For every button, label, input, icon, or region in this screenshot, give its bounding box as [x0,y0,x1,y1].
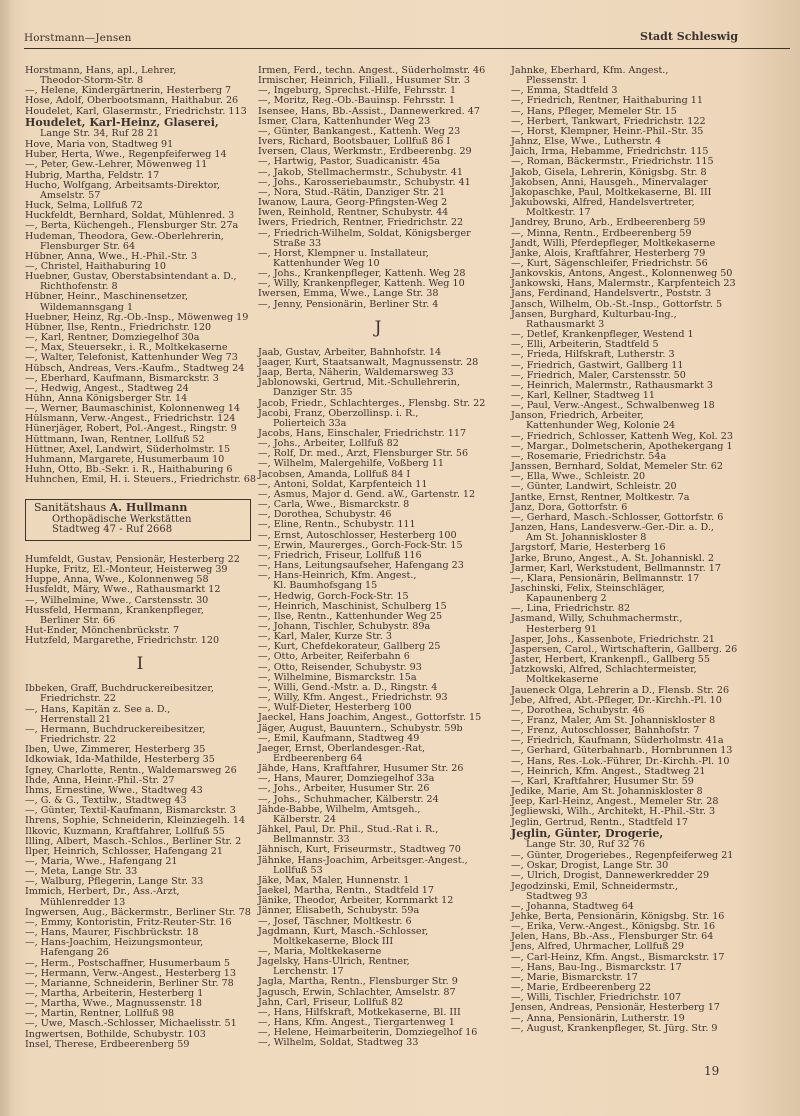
directory-entry: Jagdmann, Kurt, Masch.-Schlosser,Moltkek… [258,927,498,947]
directory-entry: Jacobi, Franz, Oberzollinsp. i. R.,Polie… [258,409,498,429]
directory-entry: Houdelet, Karl-Heinz, Glaserei,Lange Str… [25,118,255,139]
directory-entry: —, Friedrich-Wilhelm, Soldat, Königsberg… [258,229,498,249]
entry-text: Jeglin, Günter, Drogerie, [511,827,663,840]
directory-entry: Jakubowski, Alfred, Handelsvertreter,Mol… [511,198,771,218]
entry-text: —, August, Krankenpfleger, St. Jürg. Str… [511,1023,718,1034]
directory-entry: Horstmann, Hans, apl., Lehrer,Theodor-St… [25,66,255,86]
directory-entry: Jaschinski, Felix, Steinschläger,Kapaune… [511,584,771,604]
directory-entry: Jatzkowski, Alfred, Schlachtermeister,Mo… [511,665,771,685]
directory-entry: Ibbeken, Graff, Buchdruckereibesitzer,Fr… [25,684,255,704]
advertisement-box: Sanitätshaus A. Hullmann Orthopädische W… [25,499,251,541]
directory-entry: Insel, Therese, Erdbeerenberg 59 [25,1040,255,1050]
entries-col2b: Jaab, Gustav, Arbeiter, Bahnhofstr. 14Ja… [258,348,498,1049]
directory-entry: Janson, Friedrich, Arbeiter,Kattenhunder… [511,411,771,431]
entry-text: Jegodzinski, Emil, Schneidermstr., [511,881,678,892]
entry-text: Jasmand, Willy, Schuhmachermstr., [511,613,683,624]
entries-col1c: Ibbeken, Graff, Buchdruckereibesitzer,Fr… [25,684,255,1050]
running-head-left: Horstmann—Jensen [24,32,466,44]
directory-entry: —, Hans-Joachim, Heizungsmonteur,Hafenga… [25,938,255,958]
entry-text: Huhnchen, Emil, H. i. Steuers., Friedric… [25,474,256,485]
entry-text: Houdelet, Karl-Heinz, Glaserei, [25,116,219,129]
directory-entry: Jahnke, Eberhard, Kfm. Angest.,Plessenst… [511,66,771,86]
directory-entry: Hutzfeld, Margarethe, Friedrichstr. 120 [25,636,255,646]
ad-title: Sanitätshaus A. Hullmann [34,501,187,514]
directory-entry: Jähnke, Hans-Joachim, Arbeitsger.-Angest… [258,856,498,876]
directory-entry: Hudeman, Theodora, Gew.-Oberlehrerin,Fle… [25,232,255,252]
entry-text: —, Jenny, Pensionärin, Berliner Str. 4 [258,299,438,310]
directory-entry: Hucho, Wolfgang, Arbeitsamts-Direktor,Am… [25,181,255,201]
running-head-right: Stadt Schleswig [640,30,738,43]
directory-entry: —, Jenny, Pensionärin, Berliner Str. 4 [258,300,498,310]
entries-col1a: Horstmann, Hans, apl., Lehrer,Theodor-St… [25,66,255,485]
entry-text: Hutzfeld, Margarethe, Friedrichstr. 120 [25,635,219,646]
directory-entry: —, Wilhelm, Soldat, Stadtweg 33 [258,1038,498,1048]
directory-entry: Jähkel, Paul, Dr. Phil., Stud.-Rat i. R.… [258,825,498,845]
entry-text: Jagdmann, Kurt, Masch.-Schlosser, [258,926,428,937]
entry-text: Insel, Therese, Erdbeerenberg 59 [25,1039,189,1050]
entry-text: Hudeman, Theodora, Gew.-Oberlehrerin, [25,231,224,242]
entries-col2a: Irmen, Ferd., techn. Angest., Süderholms… [258,66,498,310]
ad-line-2: Stadtweg 47 - Ruf 2668 [34,525,244,536]
entry-continuation: Lange Str. 34, Ruf 28 21 [25,129,255,139]
column-3: Jahnke, Eberhard, Kfm. Angest.,Plessenst… [511,66,771,1034]
directory-entry: Janzen, Hans, Landesverw.-Ger.-Dir. a. D… [511,523,771,543]
directory-entry: Immich, Herbert, Dr., Ass.-Arzt,Mühlenre… [25,887,255,907]
directory-entry: Hübner, Heinr., Maschinensetzer,Wildeman… [25,292,255,312]
ad-title-prefix: Sanitätshaus [34,501,106,514]
entry-text: —, Friedrich-Wilhelm, Soldat, Königsberg… [258,228,471,239]
entry-text: Immich, Herbert, Dr., Ass.-Arzt, [25,886,180,897]
directory-entry: Hussfeld, Hermann, Krankenpfleger,Berlin… [25,606,255,626]
column-1: Horstmann, Hans, apl., Lehrer,Theodor-St… [25,66,255,1050]
directory-entry: Jasmand, Willy, Schuhmachermstr.,Hesterb… [511,614,771,634]
header-rule [24,48,790,49]
ad-title-name: A. Hullmann [110,501,188,514]
entry-text: —, Wilhelm, Soldat, Stadtweg 33 [258,1037,418,1048]
directory-entry: Jaeger, Ernst, Oberlandesger.-Rat,Erdbee… [258,744,498,764]
entry-text: Jähnke, Hans-Joachim, Arbeitsger.-Angest… [258,855,468,866]
entry-text: —, Hans, Kapitän z. See a. D., [25,704,170,715]
directory-entry: —, Horst, Klempner u. Installateur,Katte… [258,249,498,269]
entry-continuation: Lange Str. 30, Ruf 32 76 [511,840,771,850]
directory-entry: —, Hermann, Buchdruckereibesitzer,Friedr… [25,725,255,745]
page-number: 19 [704,1064,719,1078]
directory-entry: Jegodzinski, Emil, Schneidermstr.,Stadtw… [511,882,771,902]
directory-entry: Jähde-Babbe, Wilhelm, Amtsgeh.,Kälberstr… [258,805,498,825]
directory-entry: Jeglin, Günter, Drogerie,Lange Str. 30, … [511,829,771,850]
directory-entry: Jagelsky, Hans-Ulrich, Rentner,Lerchenst… [258,957,498,977]
column-2: Irmen, Ferd., techn. Angest., Süderholms… [258,66,498,1049]
directory-entry: Jablonowski, Gertrud, Mit.-Schullehrerin… [258,378,498,398]
section-letter-j: J [258,318,498,338]
entries-col3: Jahnke, Eberhard, Kfm. Angest.,Plessenst… [511,66,771,1034]
directory-page: Horstmann—Jensen Stadt Schleswig Horstma… [0,0,800,1116]
directory-entry: Huebner, Gustav, Oberstabsintendant a. D… [25,272,255,292]
directory-entry: Jansen, Burghard, Kulturbau-Ing.,Rathaus… [511,310,771,330]
directory-entry: —, Hans-Heinrich, Kfm. Angest.,Kl. Baumh… [258,571,498,591]
entries-col1b: Humfeldt, Gustav, Pensionär, Hesterberg … [25,555,255,646]
section-letter-i: I [25,654,255,674]
directory-entry: —, Hans, Kapitän z. See a. D.,Herrenstal… [25,705,255,725]
entry-text: Hübner, Heinr., Maschinensetzer, [25,291,188,302]
directory-entry: —, August, Krankenpfleger, St. Jürg. Str… [511,1024,771,1034]
directory-entry: Huhnchen, Emil, H. i. Steuers., Friedric… [25,475,255,485]
